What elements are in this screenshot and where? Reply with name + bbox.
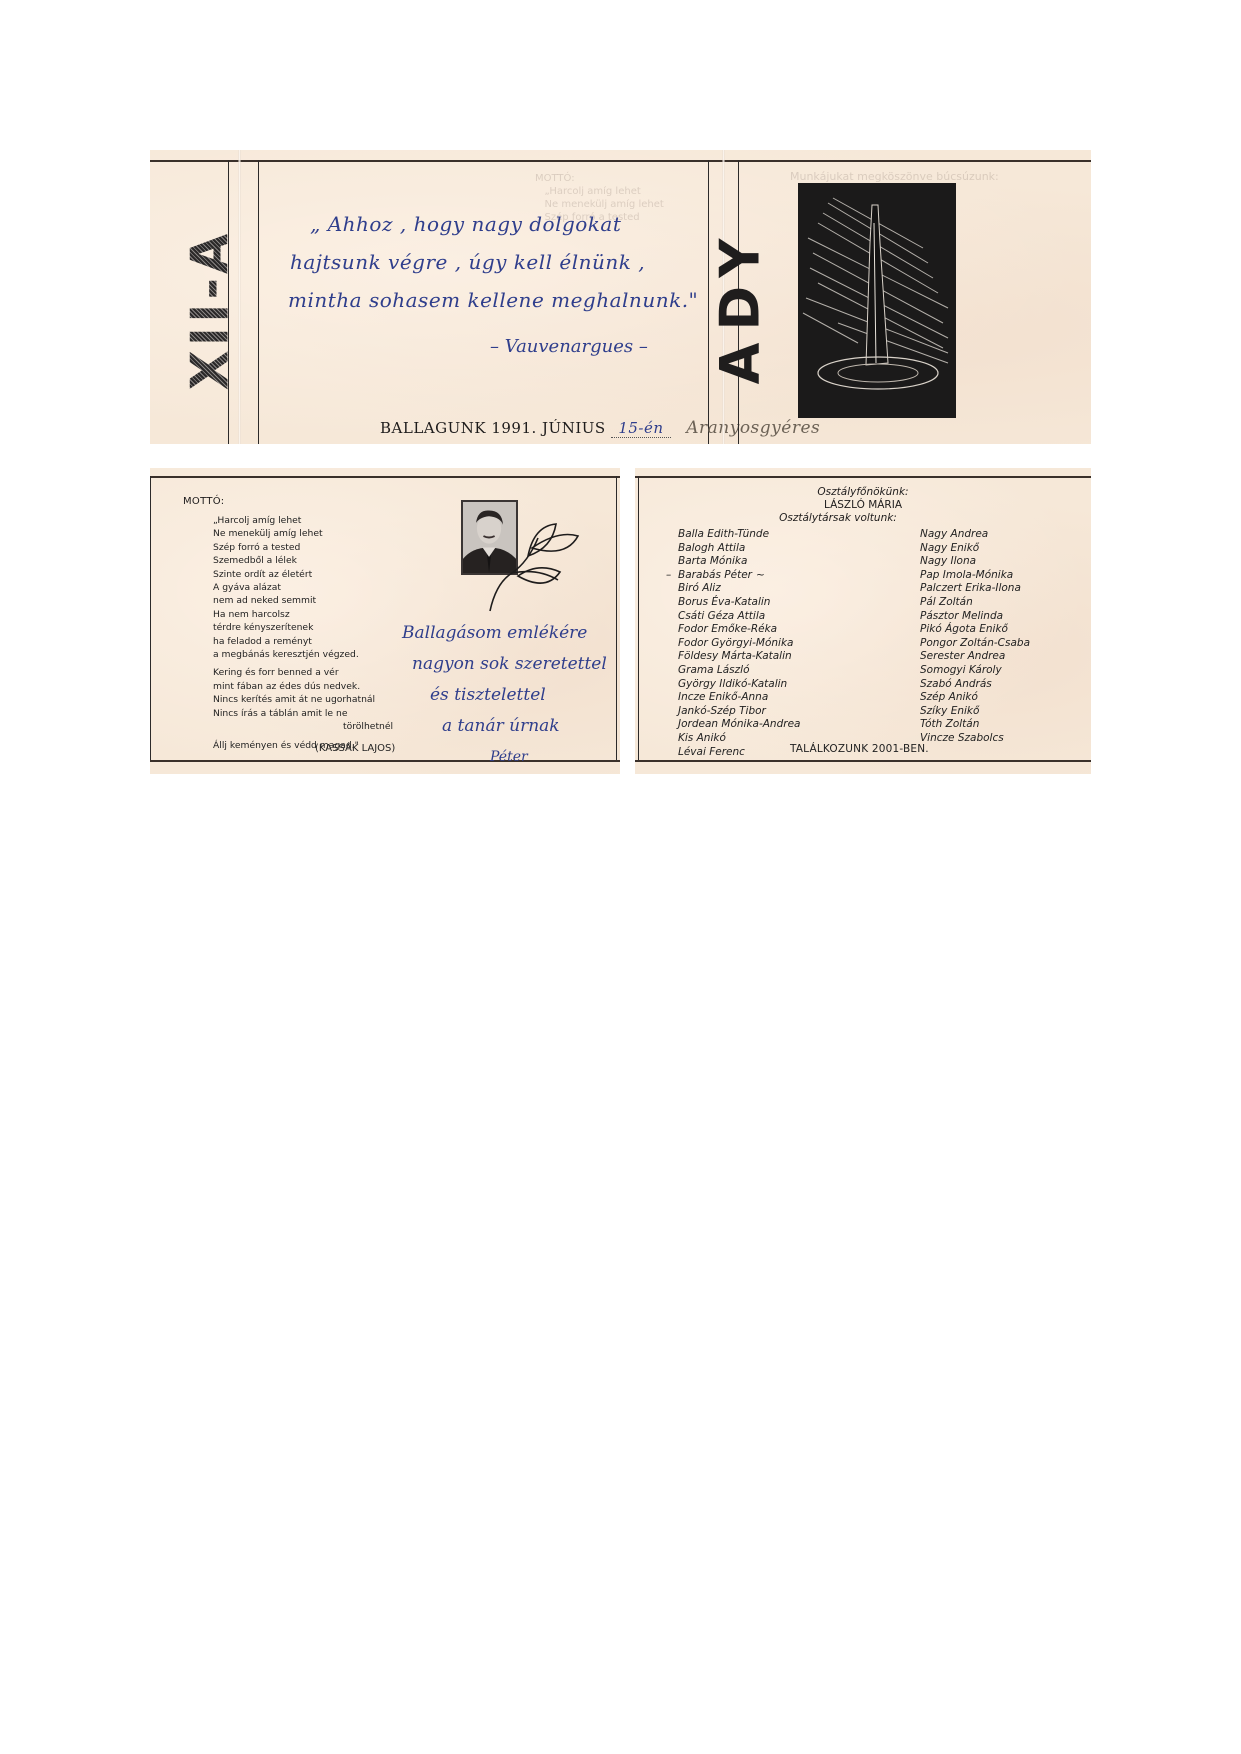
dedication-signature: Péter (490, 742, 620, 773)
classmate-name: Vincze Szabolcs (920, 732, 1030, 746)
classmate-name: Csáti Géza Attila (678, 610, 800, 624)
poem-author: (KASSÁK LAJOS) (315, 743, 395, 754)
class-list-card: Osztályfőnökünk: LÁSZLÓ MÁRIA Osztálytár… (635, 468, 1091, 774)
top-scan-strip: XII-A MOTTÓ: „Harcolj amíg lehet Ne mene… (150, 150, 1091, 444)
card-bottom-rule (635, 760, 1091, 762)
dash-mark: – (666, 569, 671, 583)
poem-stanza: „Harcolj amíg lehet Ne menekülj amíg leh… (213, 514, 393, 661)
classmate-name: Palczert Erika-Ilona (920, 582, 1030, 596)
poem-line: nem ad neked semmit (213, 594, 393, 607)
classmate-name: Fodor Györgyi-Mónika (678, 637, 800, 651)
motto-poem: „Harcolj amíg lehet Ne menekülj amíg leh… (213, 514, 393, 757)
poem-line: Nincs írás a táblán amit le ne (213, 707, 393, 720)
poem-line: „Harcolj amíg lehet (213, 514, 393, 527)
motto-card: MOTTÓ: „Harcolj amíg lehet Ne menekülj a… (150, 468, 620, 774)
graduation-date-line: BALLAGUNK 1991. JÚNIUS 15-én Aranyosgyér… (380, 418, 820, 438)
quote-line: hajtsunk végre , úgy kell élnünk , (290, 243, 730, 281)
classmate-name: Barta Mónika (678, 555, 800, 569)
classmate-name: Balla Edith-Tünde (678, 528, 800, 542)
classmate-name: Balogh Attila (678, 542, 800, 556)
dedication-line: a tanár úrnak (442, 711, 620, 742)
poem-line: Nincs kerítés amit át ne ugorhatnál (213, 693, 393, 706)
poem-line: törölhetnél (213, 720, 393, 733)
classmate-name: Pongor Zoltán-Csaba (920, 637, 1030, 651)
classmate-name: Tóth Zoltán (920, 718, 1030, 732)
classmate-name: Pap Imola-Mónika (920, 569, 1030, 583)
dedication-line: Ballagásom emlékére (402, 618, 620, 649)
head-teacher-label: Osztályfőnökünk: (635, 486, 1091, 499)
classmates-column-2: Nagy AndreaNagy EnikőNagy IlonaPap Imola… (920, 528, 1030, 746)
classmate-name: György Ildikó-Katalin (678, 678, 800, 692)
head-teacher-name: LÁSZLÓ MÁRIA (635, 499, 1091, 512)
classmate-name: Szabó András (920, 678, 1030, 692)
classmate-name: Jankó-Szép Tibor (678, 705, 800, 719)
poem-line: Kering és forr benned a vér (213, 666, 393, 679)
classmate-name: Fodor Emőke-Réka (678, 623, 800, 637)
quote-author: – Vauvenargues – (490, 336, 648, 357)
classmate-name: Pikó Ágota Enikő (920, 623, 1030, 637)
dedication-line: nagyon sok szeretettel (412, 649, 620, 680)
poem-line: Szép forró a tested (213, 541, 393, 554)
card-top-rule (150, 476, 620, 478)
poem-line: ha feladod a reményt (213, 635, 393, 648)
poem-line: térdre kényszerítenek (213, 621, 393, 634)
head-teacher-block: Osztályfőnökünk: LÁSZLÓ MÁRIA Osztálytár… (635, 486, 1091, 525)
class-spine-title: XII-A (188, 210, 232, 410)
graduation-place: Aranyosgyéres (686, 418, 820, 438)
classmate-name: Grama László (678, 664, 800, 678)
classmate-name: Borus Éva-Katalin (678, 596, 800, 610)
classmate-name: Nagy Enikő (920, 542, 1030, 556)
quote-line: mintha sohasem kellene meghalnunk." (288, 281, 730, 319)
reunion-note: TALÁLKOZUNK 2001-BEN. (790, 743, 929, 755)
poem-line: Szinte ordít az életért (213, 568, 393, 581)
poem-line: a megbánás keresztjén végzed. (213, 648, 393, 661)
top-rule (150, 160, 1091, 162)
classmate-name: Incze Enikő-Anna (678, 691, 800, 705)
classmates-column-1: Balla Edith-TündeBalogh AttilaBarta Móni… (678, 528, 800, 759)
classmate-name: Jordean Mónika-Andrea (678, 718, 800, 732)
classmate-name: Szép Anikó (920, 691, 1030, 705)
school-name-ady: ADY (710, 205, 770, 405)
classmate-name: Biró Aliz (678, 582, 800, 596)
classmate-name: Pál Zoltán (920, 596, 1030, 610)
graduation-day: 15-én (611, 419, 671, 438)
poem-line: Szemedből a lélek (213, 554, 393, 567)
classmate-name: Szíky Enikő (920, 705, 1030, 719)
woodcut-tree-icon (798, 183, 956, 418)
bleed-through-text: Munkájukat megköszönve búcsúzunk: (790, 170, 999, 183)
poem-line: Ha nem harcolsz (213, 608, 393, 621)
handwritten-dedication: Ballagásom emlékére nagyon sok szeretett… (402, 618, 620, 773)
tilde-mark: ~ (756, 569, 765, 581)
classmate-name: Serester Andrea (920, 650, 1030, 664)
classmates-label: Osztálytársak voltunk: (635, 512, 1091, 525)
handwritten-quote: „ Ahhoz , hogy nagy dolgokat hajtsunk vé… (310, 205, 730, 319)
classmate-name: Lévai Ferenc (678, 746, 800, 760)
classmate-name: Nagy Andrea (920, 528, 1030, 542)
poem-line: A gyáva alázat (213, 581, 393, 594)
poem-line: mint fában az édes dús nedvek. (213, 680, 393, 693)
quote-line: „ Ahhoz , hogy nagy dolgokat (310, 205, 730, 243)
classmate-name: Pásztor Melinda (920, 610, 1030, 624)
classmate-name: Kis Anikó (678, 732, 800, 746)
classmate-name: Somogyi Károly (920, 664, 1030, 678)
card-border-left (150, 476, 151, 762)
classmate-name: Nagy Ilona (920, 555, 1030, 569)
quote-panel-border-left (258, 160, 259, 444)
poem-stanza: Kering és forr benned a vér mint fában a… (213, 666, 393, 733)
classmate-name: Földesy Márta-Katalin (678, 650, 800, 664)
dedication-line: és tisztelettel (430, 680, 620, 711)
poem-line: Ne menekülj amíg lehet (213, 527, 393, 540)
leaf-sprig-icon (478, 518, 588, 613)
motto-label: MOTTÓ: (183, 496, 224, 507)
classmate-name: –Barabás Péter~ (678, 569, 800, 583)
card-top-rule (635, 476, 1091, 478)
graduation-printed-text: BALLAGUNK 1991. JÚNIUS (380, 419, 606, 437)
